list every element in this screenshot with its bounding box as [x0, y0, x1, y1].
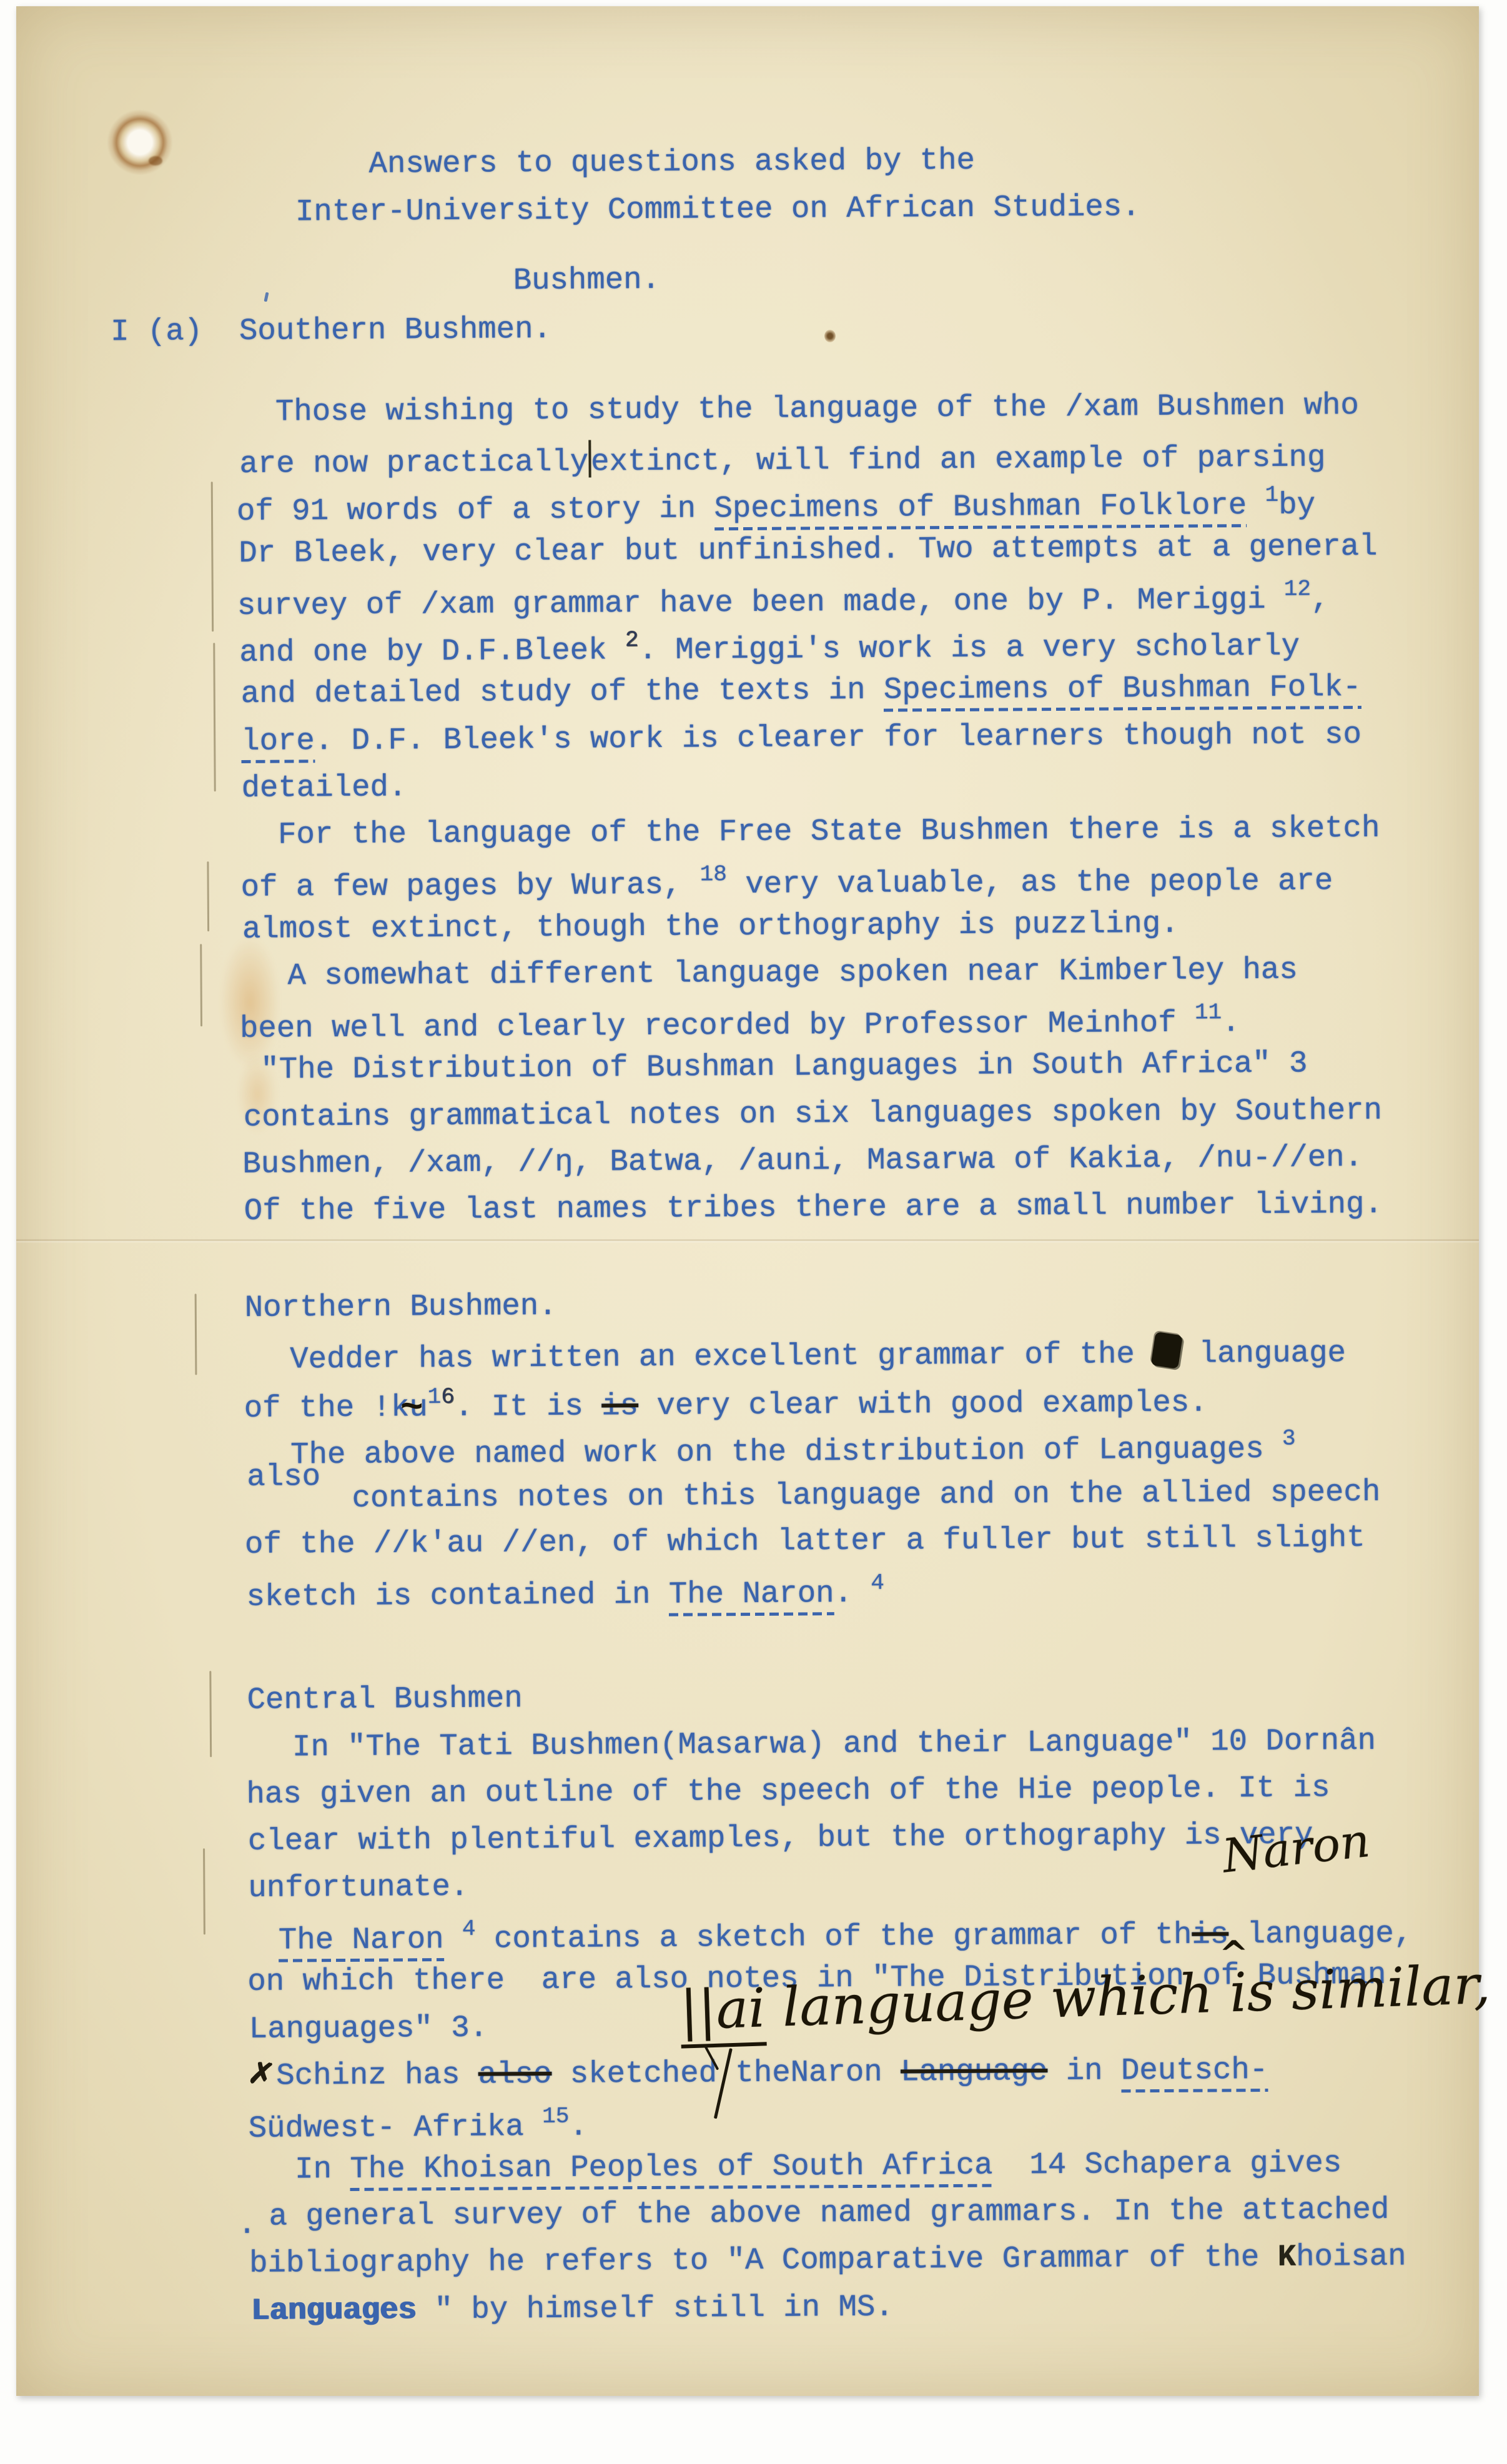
- title-text: Inter-University Committee on African St…: [295, 189, 1140, 229]
- line-text: sketch is contained in: [246, 1577, 669, 1615]
- typed-line: a general survey of the above named gram…: [269, 2193, 1390, 2234]
- typed-line: of the //k'au //en, of which latter a fu…: [245, 1521, 1365, 1562]
- typed-line: clear with plentiful examples, but the o…: [248, 1818, 1313, 1859]
- typed-line: contains grammatical notes on six langua…: [244, 1094, 1382, 1135]
- line-text: .: [569, 2109, 588, 2144]
- line-text: " by himself still in MS.: [416, 2290, 894, 2328]
- line-text: a general survey of the above named gram…: [269, 2192, 1389, 2234]
- line-text: sketched the: [551, 2056, 791, 2092]
- line-text: unfortunate.: [248, 1869, 468, 1906]
- heading-central-bushmen: Central Bushmen: [247, 1681, 522, 1718]
- typed-line: sketch is contained in The Naron. 4: [246, 1571, 884, 1615]
- heading-bushmen: Bushmen.: [513, 263, 661, 298]
- line-text: also: [247, 1459, 320, 1495]
- superscript-ref: 4: [871, 1570, 884, 1596]
- line-text: Dr Bleek, very clear but unfinished. Two…: [239, 529, 1377, 571]
- line-text: and detailed study of the texts in: [241, 673, 884, 711]
- superscript-ref: 15: [542, 2104, 569, 2129]
- typed-line: detailed.: [242, 770, 407, 805]
- line-text: survey of /xam grammar have been made, o…: [237, 582, 1284, 623]
- line-text: hoisan: [1296, 2239, 1406, 2275]
- typed-line: contains notes on this language and on t…: [352, 1475, 1380, 1516]
- typed-line: Vedder has written an excellent grammar …: [290, 1332, 1346, 1377]
- typed-line: In The Khoisan Peoples of South Africa 1…: [295, 2146, 1341, 2187]
- superscript-ref: 4: [462, 1916, 476, 1942]
- pencil-margin-mark: [213, 643, 215, 791]
- typed-line: almost extinct, though the orthography i…: [242, 907, 1179, 947]
- line-text: extinct, will find an example of parsing: [591, 440, 1326, 479]
- line-text: 14 Schapera gives: [992, 2145, 1341, 2182]
- overtyped-word: Languages: [250, 2292, 416, 2328]
- typed-line: survey of /xam grammar have been made, o…: [237, 576, 1330, 623]
- typed-line: "The Distribution of Bushman Languages i…: [260, 1047, 1307, 1087]
- line-text: Those wishing to study the language of t…: [275, 388, 1359, 430]
- heading-section-1a: I (a) Southern Bushmen.: [111, 312, 551, 349]
- struck-word: is: [601, 1388, 638, 1423]
- line-text: contains notes on this language and on t…: [352, 1475, 1380, 1516]
- typed-line: A somewhat different language spoken nea…: [287, 953, 1298, 994]
- typed-line: lore. D.F. Bleek's work is clearer for l…: [241, 718, 1361, 759]
- line-text: language: [1180, 1335, 1346, 1372]
- line-text: Südwest- Afrika: [249, 2109, 543, 2146]
- line-text: of the //k'au //en, of which latter a fu…: [245, 1520, 1365, 1562]
- line-text: and one by D.F.Bleek: [239, 633, 625, 670]
- space: [443, 1922, 462, 1957]
- ink-blot: [1150, 1332, 1183, 1369]
- superscript-ref: 1: [1265, 482, 1278, 508]
- title-line-1: Answers to questions asked by the: [368, 144, 975, 182]
- line-text: been well and clearly recorded by Profes…: [240, 1006, 1195, 1046]
- typed-line: Those wishing to study the language of t…: [275, 388, 1359, 429]
- line-text: For the language of the Free State Bushm…: [278, 811, 1380, 853]
- line-text: bibliography he refers to "A Comparative…: [249, 2240, 1278, 2281]
- line-text: Of the five last names tribes there are …: [244, 1187, 1383, 1229]
- underlined-book-title: lore: [241, 723, 315, 763]
- pencil-margin-mark: [195, 1294, 197, 1375]
- line-text: In: [295, 2152, 350, 2187]
- typed-line: Dr Bleek, very clear but unfinished. Two…: [239, 530, 1377, 571]
- superscript-ref-overstruck: 2: [625, 627, 639, 653]
- line-text: ,: [1311, 581, 1330, 616]
- line-text: almost extinct, though the orthography i…: [242, 906, 1179, 947]
- line-text: A somewhat different language spoken nea…: [287, 952, 1298, 994]
- line-text: in: [1047, 2053, 1121, 2089]
- typed-line: Südwest- Afrika 15.: [249, 2104, 588, 2146]
- line-text: Bushmen, /xam, //ŋ, Batwa, /auni, Masarw…: [242, 1140, 1363, 1182]
- underlined-book-title: The Naron: [279, 1922, 444, 1962]
- line-text: are now practically: [239, 445, 588, 482]
- line-text: Schinz has: [276, 2057, 478, 2094]
- typed-line: For the language of the Free State Bushm…: [278, 811, 1380, 853]
- typed-line: The above named work on the distribution…: [290, 1427, 1296, 1473]
- overwritten-letter: K: [1278, 2240, 1297, 2275]
- title-text: Answers to questions asked by the: [368, 143, 975, 182]
- line-text: .: [834, 1576, 871, 1611]
- typed-line: unfortunate.: [248, 1870, 468, 1906]
- typed-line: of a few pages by Wuras, 18 very valuabl…: [240, 858, 1333, 905]
- superscript-ref: 11: [1195, 999, 1222, 1025]
- heading-text: Northern Bushmen.: [245, 1289, 557, 1325]
- underlined-book-title: Deutsch-: [1121, 2052, 1268, 2092]
- line-text: In "The Tati Bushmen(Masarwa) and their …: [292, 1723, 1376, 1765]
- underlined-book-title: Specimens of Bushman Folklore: [714, 488, 1247, 530]
- line-text: language,: [1228, 1916, 1412, 1952]
- dot-text: .: [238, 2207, 257, 2242]
- typed-line: ✗Schinz has also sketched theNaron Langu…: [248, 2053, 1268, 2094]
- typed-line: has given an outline of the speech of th…: [246, 1771, 1330, 1811]
- line-text: Vedder has written an excellent grammar …: [290, 1337, 1153, 1377]
- superscript-ref: 3: [1282, 1426, 1296, 1452]
- typed-line: In "The Tati Bushmen(Masarwa) and their …: [292, 1724, 1376, 1764]
- line-text: very valuable, as the people are: [727, 863, 1333, 902]
- pencil-margin-mark: [209, 1671, 212, 1757]
- typed-line: of 91 words of a story in Specimens of B…: [237, 482, 1315, 528]
- superscript-ref-overstruck: 6: [441, 1384, 455, 1410]
- space: [1247, 488, 1265, 523]
- typed-inserted-word: also: [247, 1460, 320, 1495]
- typed-line: been well and clearly recorded by Profes…: [240, 1000, 1240, 1046]
- pencil-margin-mark: [200, 944, 202, 1026]
- struck-word: also: [478, 2057, 552, 2092]
- hand-x-mark: ✗: [245, 2057, 277, 2095]
- pencil-margin-mark: [211, 482, 214, 631]
- document-text-layer: Answers to questions asked by the Inter-…: [0, 0, 1507, 2464]
- line-text: contains a sketch of the grammar of th: [475, 1917, 1192, 1957]
- typed-line: Of the five last names tribes there are …: [244, 1187, 1383, 1229]
- superscript-ref: 18: [700, 861, 727, 887]
- stray-period-mark: .: [238, 2208, 257, 2242]
- struck-word: Language: [901, 2054, 1048, 2089]
- underlined-book-title: Specimens of Bushman Folk-: [884, 670, 1361, 712]
- line-text: The above named work on the distribution…: [290, 1432, 1282, 1473]
- heading-text: Central Bushmen: [247, 1681, 522, 1718]
- heading-text: I (a) Southern Bushmen.: [111, 312, 551, 349]
- typed-line: are now practicallyextinct, will find an…: [239, 435, 1325, 481]
- underlined-book-title: The Naron: [669, 1576, 834, 1616]
- superscript-ref: 1: [428, 1384, 442, 1410]
- line-text: contains grammatical notes on six langua…: [244, 1093, 1382, 1135]
- line-text: very clear with good examples.: [638, 1385, 1208, 1424]
- superscript-ref: 12: [1284, 576, 1311, 601]
- line-text: clear with plentiful examples, but the o…: [248, 1818, 1313, 1859]
- typed-line: of the !ku~16. It is is very clear with …: [244, 1380, 1208, 1426]
- pencil-margin-mark: [207, 861, 209, 931]
- line-text: by: [1278, 487, 1315, 522]
- line-text: . It is: [455, 1388, 602, 1424]
- typed-line: Languages" 3.: [249, 2011, 488, 2047]
- underlined-book-title: The Khoisan Peoples of South Africa: [350, 2148, 993, 2191]
- title-line-2: Inter-University Committee on African St…: [295, 190, 1140, 229]
- typed-line: bibliography he refers to "A Comparative…: [249, 2240, 1406, 2281]
- line-text: . Meriggi's work is a very scholarly: [638, 629, 1300, 668]
- line-text: Languages" 3.: [249, 2011, 488, 2047]
- line-text: of a few pages by Wuras,: [240, 867, 699, 904]
- pencil-margin-mark: [203, 1848, 205, 1934]
- line-text: .: [1222, 1005, 1240, 1040]
- hand-tilde-mark: ~: [400, 1387, 424, 1430]
- line-text: "The Distribution of Bushman Languages i…: [260, 1046, 1307, 1087]
- line-text: detailed.: [242, 769, 407, 806]
- line-text: of 91 words of a story in: [237, 491, 714, 529]
- line-text: has given an outline of the speech of th…: [246, 1770, 1330, 1812]
- typed-line: and one by D.F.Bleek 2. Meriggi's work i…: [239, 624, 1300, 670]
- line-text: . D.F. Bleek's work is clearer for learn…: [315, 717, 1361, 758]
- line-text: Naron: [791, 2055, 901, 2090]
- handwriting-text: ||ai: [679, 1977, 766, 2048]
- typed-line: Bushmen, /xam, //ŋ, Batwa, /auni, Masarw…: [242, 1140, 1363, 1182]
- typed-line: Languages " by himself still in MS.: [250, 2290, 894, 2328]
- typed-line: and detailed study of the texts in Speci…: [241, 670, 1361, 711]
- heading-text: Bushmen.: [513, 262, 661, 298]
- heading-northern-bushmen: Northern Bushmen.: [245, 1289, 557, 1325]
